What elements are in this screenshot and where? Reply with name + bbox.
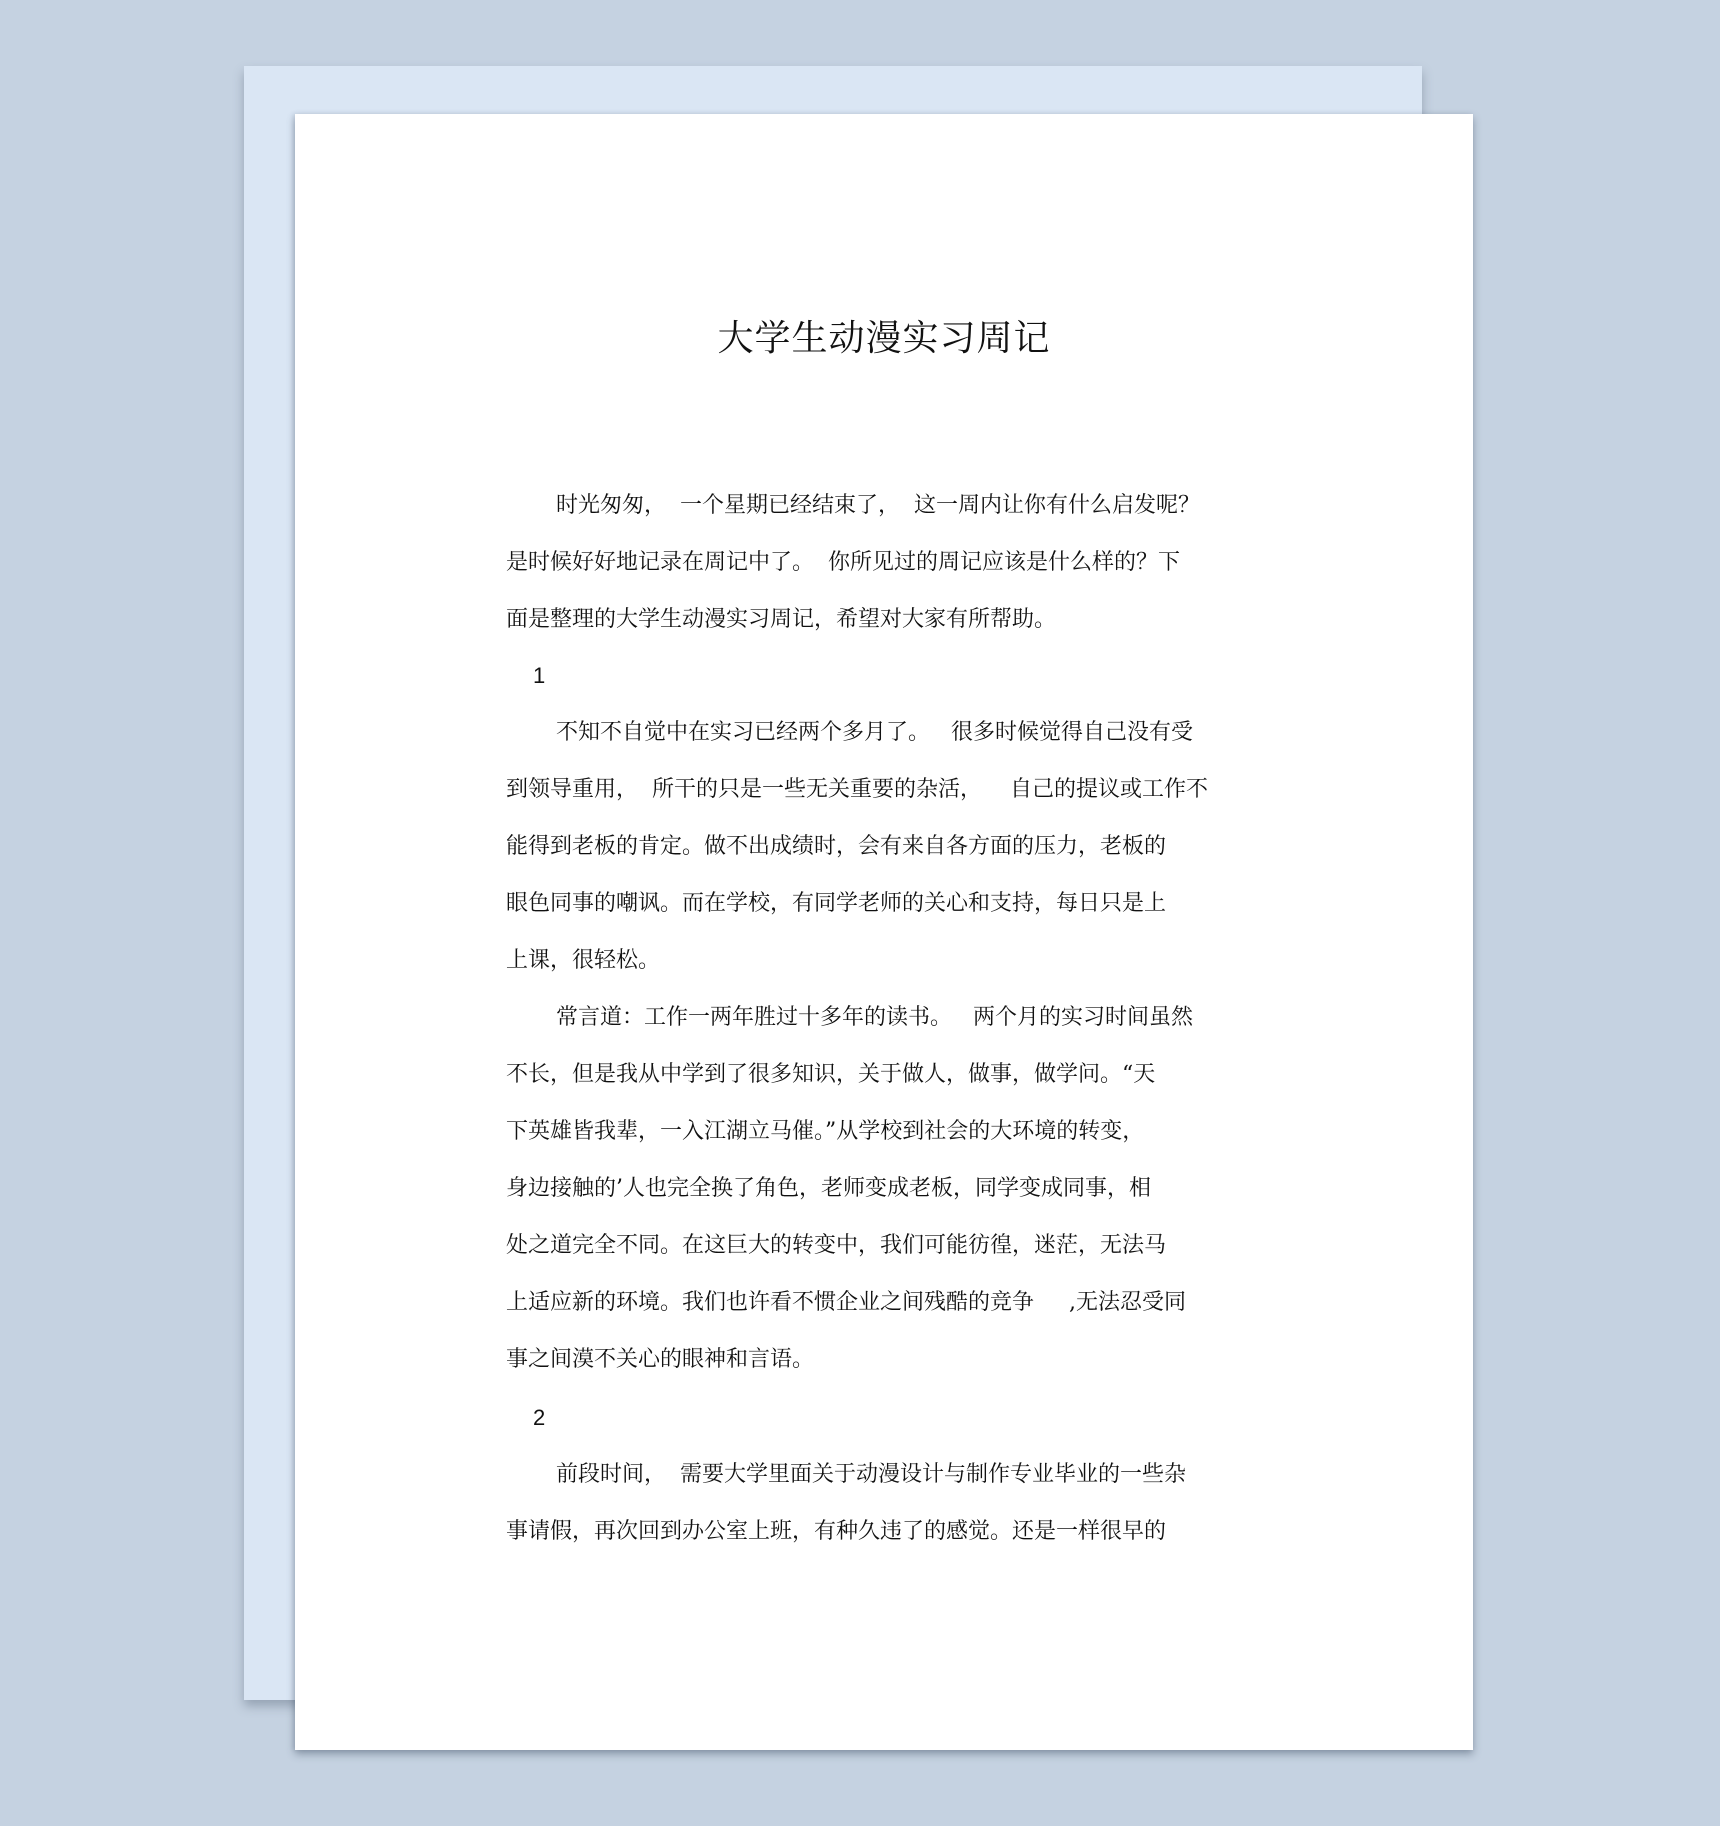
paragraph-line: 时光匆匆， 一个星期已经结束了， 这一周内让你有什么启发呢？ [556, 491, 1200, 521]
document-title: 大学生动漫实习周记 [295, 310, 1473, 361]
paragraph-line: 事请假，再次回到办公室上班，有种久违了的感觉。还是一样很早的 [506, 1517, 1166, 1547]
paragraph-line: 能得到老板的肯定。做不出成绩时，会有来自各方面的压力，老板的 [506, 832, 1166, 862]
paragraph-line: 眼色同事的嘲讽。而在学校，有同学老师的关心和支持，每日只是上 [506, 889, 1166, 919]
paragraph-line: 面是整理的大学生动漫实习周记，希望对大家有所帮助。 [506, 605, 1056, 635]
paragraph-line: 到领导重用， 所干的只是一些无关重要的杂活， 自己的提议或工作不 [506, 775, 1208, 805]
paragraph-line: 身边接触的’人也完全换了角色，老师变成老板，同学变成同事，相 [506, 1174, 1151, 1204]
paragraph-line: 事之间漠不关心的眼神和言语。 [506, 1345, 814, 1375]
paragraph-line: 是时候好好地记录在周记中了。 你所见过的周记应该是什么样的？下 [506, 548, 1180, 578]
paragraph-line: 上适应新的环境。我们也许看不惯企业之间残酷的竞争 ,无法忍受同 [506, 1288, 1186, 1318]
paragraph-line: 前段时间， 需要大学里面关于动漫设计与制作专业毕业的一些杂 [556, 1460, 1186, 1490]
section-number: 2 [533, 1403, 545, 1433]
section-number: 1 [533, 661, 545, 691]
paragraph-line: 处之道完全不同。在这巨大的转变中，我们可能彷徨，迷茫，无法马 [506, 1231, 1166, 1261]
paragraph-line: 常言道：工作一两年胜过十多年的读书。 两个月的实习时间虽然 [556, 1003, 1193, 1033]
document-page: 大学生动漫实习周记 时光匆匆， 一个星期已经结束了， 这一周内让你有什么启发呢？… [295, 114, 1473, 1750]
paragraph-line: 不知不自觉中在实习已经两个多月了。 很多时候觉得自己没有受 [556, 718, 1193, 748]
paragraph-line: 不长，但是我从中学到了很多知识，关于做人，做事，做学问。“天 [506, 1060, 1155, 1090]
paragraph-line: 上课，很轻松。 [506, 946, 660, 976]
paragraph-line: 下英雄皆我辈，一入江湖立马催。”从学校到社会的大环境的转变， [506, 1117, 1144, 1147]
